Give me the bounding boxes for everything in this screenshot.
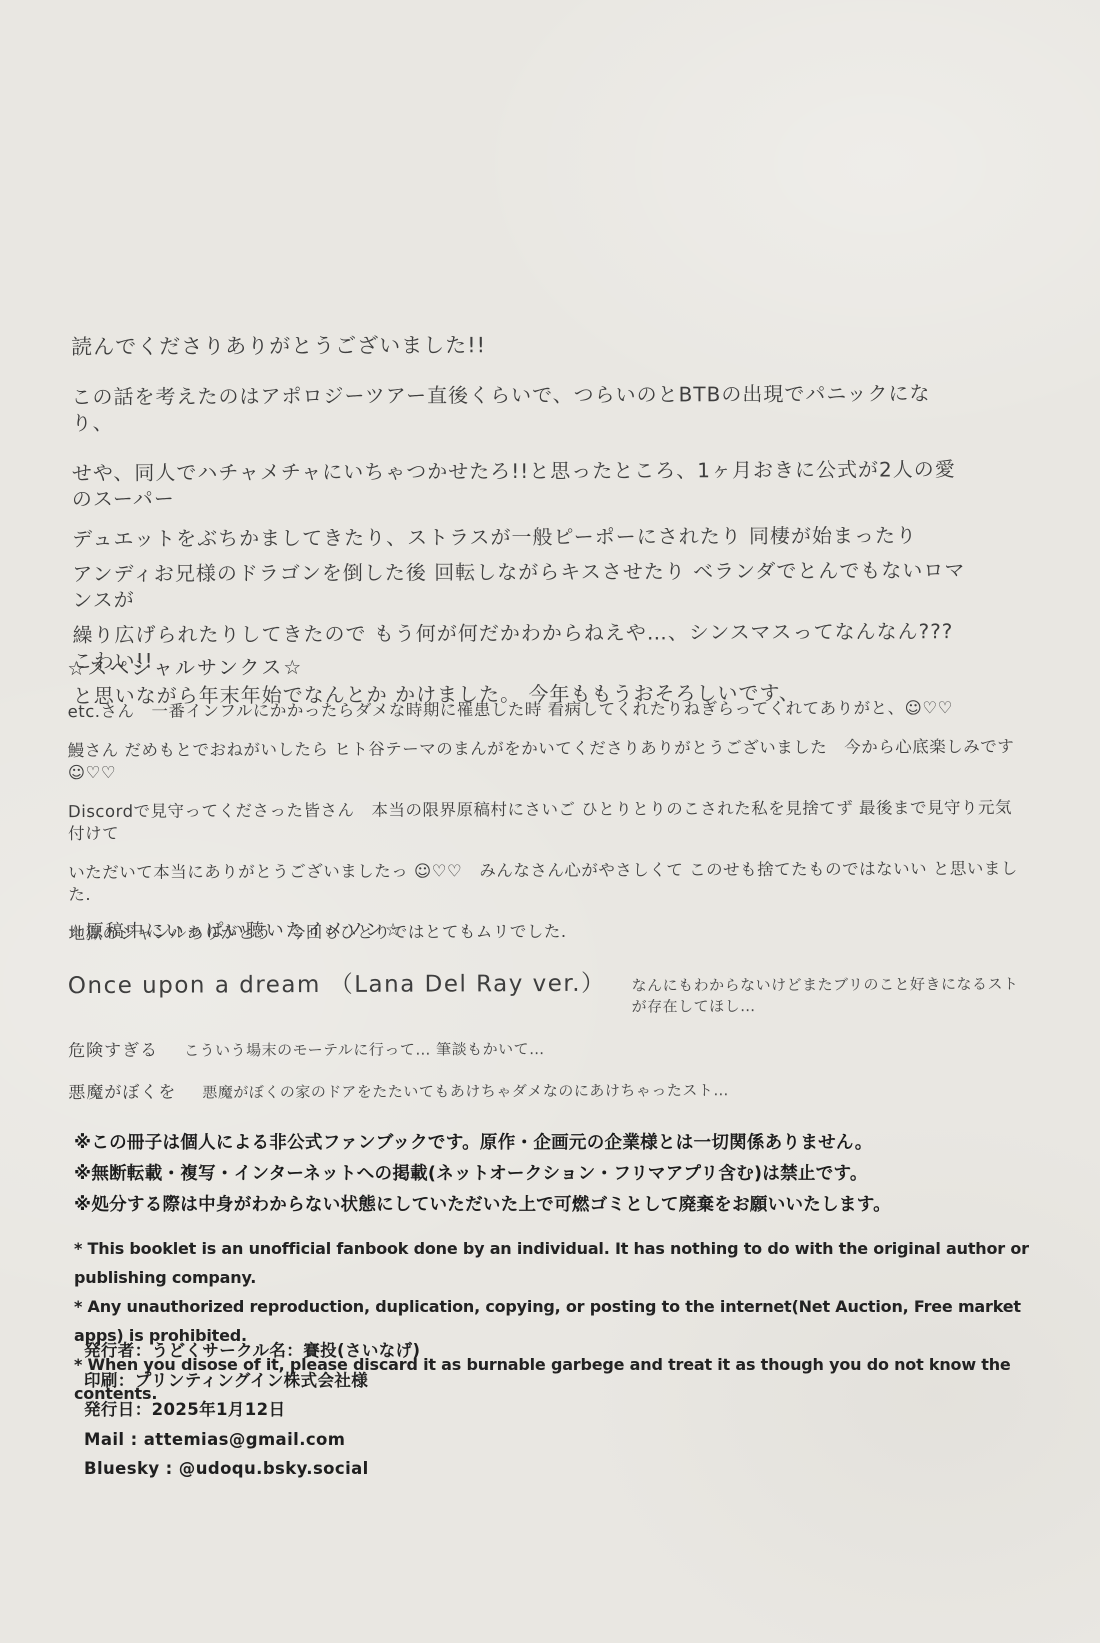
scanned-afterword-page: 読んでくださりありがとうございました!! この話を考えたのはアポロジーツアー直後… bbox=[0, 0, 1100, 1643]
thanks-note-line: せや、同人でハチャメチャにいちゃつかせたろ!!と思ったところ、1ヶ月おきに公式が… bbox=[72, 456, 972, 512]
thanks-note-line: デュエットをぶちかましてきたり、ストラスが一般ピーポーにされたり 同棲が始まった… bbox=[72, 522, 972, 552]
special-thanks-item: etc.さん 一番インフルにかかったらダメな時期に罹患した時 看病してくれたりね… bbox=[68, 697, 1028, 723]
song-row: 悪魔がぼくを 悪魔がぼくの家のドアをたたいてもあけちゃダメなのにあけちゃったスト… bbox=[68, 1074, 1028, 1103]
thanks-note-line: 読んでくださりありがとうございました!! bbox=[71, 330, 971, 360]
disclaimer-jp-line: ※処分する際は中身がわからない状態にしていただいた上で可燃ゴミとして廃棄をお願い… bbox=[74, 1190, 1064, 1221]
song-comment: 悪魔がぼくの家のドアをたたいてもあけちゃダメなのにあけちゃったスト… bbox=[202, 1079, 729, 1102]
song-title: 危険すぎる bbox=[68, 1036, 158, 1061]
special-thanks-item: 鰻さん だめもとでおねがいしたら ヒト谷テーマのまんがをかいてくださりありがとう… bbox=[68, 736, 1028, 784]
thanks-note-line: この話を考えたのはアポロジーツアー直後くらいで、つらいのとBTBの出現でパニック… bbox=[71, 380, 971, 436]
colophon-printer: 印刷：プリンティングイン株式会社様 bbox=[84, 1366, 784, 1396]
colophon-mail: Mail : attemias@gmail.com bbox=[84, 1425, 784, 1455]
thanks-note-line: アンディお兄様のドラゴンを倒した後 回転しながらキスさせたり ベランダでとんでも… bbox=[72, 557, 972, 613]
song-title: Once upon a dream （Lana Del Ray ver.） bbox=[68, 965, 606, 1000]
handwritten-thanks-note: 読んでくださりありがとうございました!! この話を考えたのはアポロジーツアー直後… bbox=[71, 330, 973, 709]
colophon: 発行者：うどくサークル名：賽投(さいなげ) 印刷：プリンティングイン株式会社様 … bbox=[84, 1336, 784, 1484]
disclaimer-en-line: * This booklet is an unofficial fanbook … bbox=[74, 1234, 1074, 1292]
colophon-publish-date: 発行日：2025年1月12日 bbox=[84, 1395, 784, 1425]
song-comment: こういう場末のモーテルに行って… 筆談もかいて… bbox=[184, 1038, 545, 1061]
colophon-bluesky: Bluesky : @udoqu.bsky.social bbox=[84, 1454, 784, 1484]
special-thanks-item: いただいて本当にありがとうございましたっ ☺♡♡ みんなさん心がやさしくて この… bbox=[68, 858, 1028, 906]
disclaimer-jp-line: ※この冊子は個人による非公式ファンブックです。原作・企画元の企業様とは一切関係あ… bbox=[74, 1128, 1064, 1159]
image-songs-title: ☆原稿中にいっぱい聴いたイメソン☆ bbox=[68, 913, 1028, 943]
special-thanks-title: ☆スペシャルサンクス☆ bbox=[67, 653, 1027, 679]
colophon-publisher: 発行者：うどくサークル名：賽投(さいなげ) bbox=[84, 1336, 784, 1366]
song-row: Once upon a dream （Lana Del Ray ver.） なん… bbox=[68, 963, 1028, 1019]
disclaimer-japanese: ※この冊子は個人による非公式ファンブックです。原作・企画元の企業様とは一切関係あ… bbox=[74, 1128, 1064, 1221]
song-title: 悪魔がぼくを bbox=[68, 1078, 176, 1103]
song-comment: なんにもわからないけどまたブリのこと好きになるストが存在してほし… bbox=[632, 973, 1028, 1017]
disclaimer-jp-line: ※無断転載・複写・インターネットへの掲載(ネットオークション・フリマアプリ含む)… bbox=[74, 1159, 1064, 1190]
image-songs-section: ☆原稿中にいっぱい聴いたイメソン☆ Once upon a dream （Lan… bbox=[68, 913, 1029, 1120]
song-row: 危険すぎる こういう場末のモーテルに行って… 筆談もかいて… bbox=[68, 1032, 1028, 1061]
special-thanks-item: Discordで見守ってくださった皆さん 本当の限界原稿村にさいご ひとりとりの… bbox=[68, 797, 1028, 845]
